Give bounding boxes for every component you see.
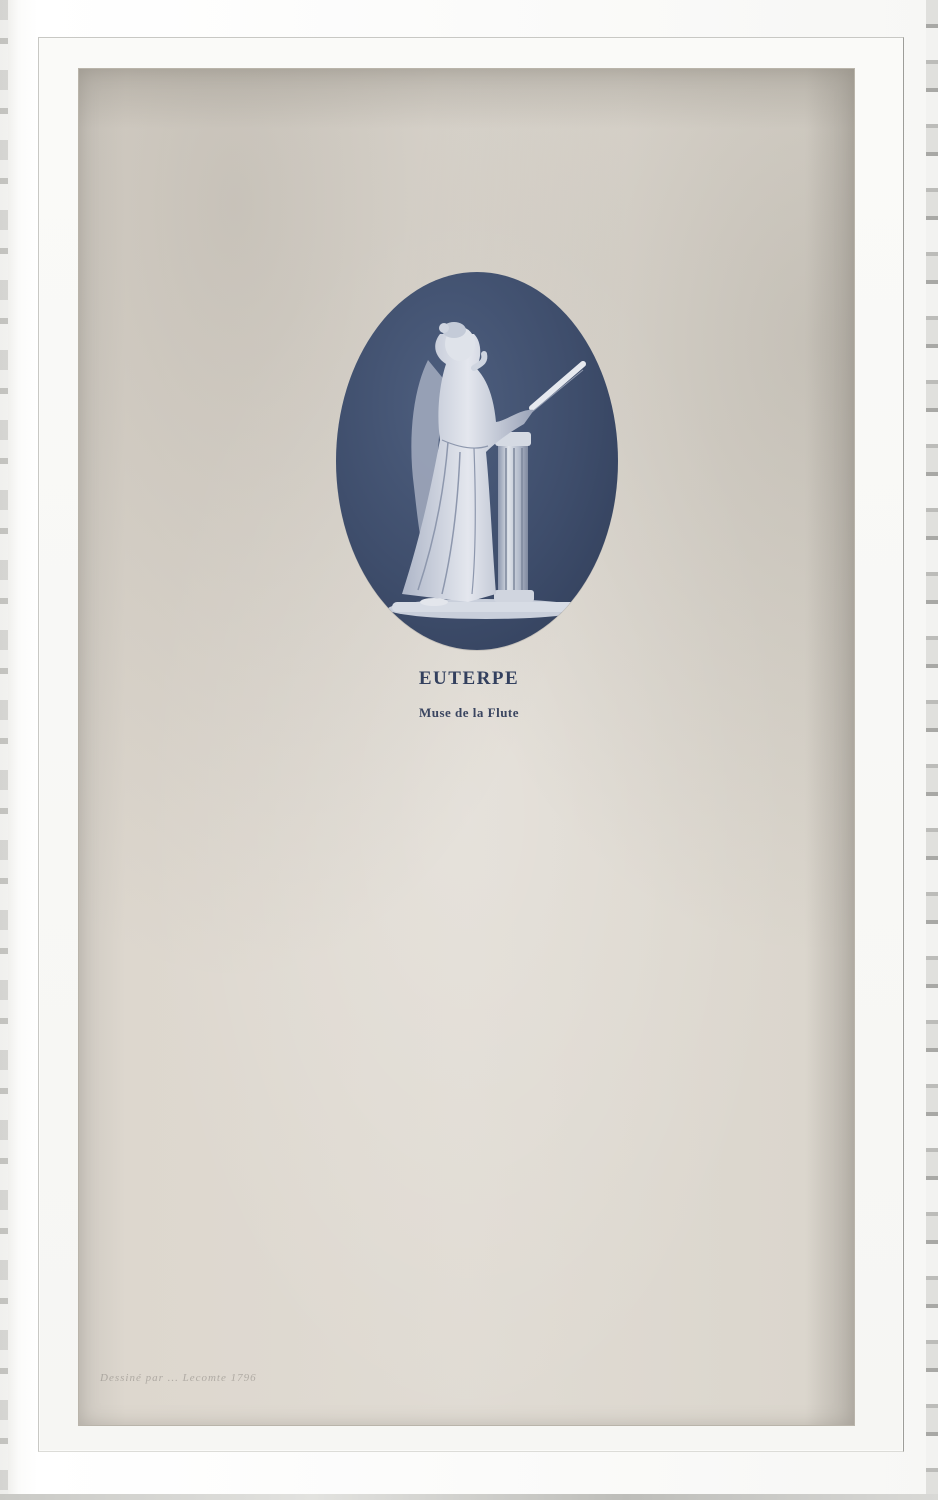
artwork-subtitle: Muse de la Flute bbox=[0, 705, 938, 721]
plate-wear-top bbox=[79, 69, 854, 129]
euterpe-figure-icon bbox=[336, 272, 618, 650]
engraver-signature: Dessiné par ... Lecomte 1796 bbox=[100, 1372, 257, 1384]
frame-distressed-edge-left bbox=[0, 0, 8, 1500]
frame-edge-bottom bbox=[0, 1494, 938, 1500]
cameo-oval bbox=[336, 272, 618, 650]
plate-wear-right bbox=[804, 69, 854, 1425]
picture-frame: EUTERPE Muse de la Flute Dessiné par ...… bbox=[0, 0, 938, 1500]
artwork-title: EUTERPE bbox=[0, 668, 938, 690]
frame-distressed-edge-right bbox=[926, 0, 938, 1500]
